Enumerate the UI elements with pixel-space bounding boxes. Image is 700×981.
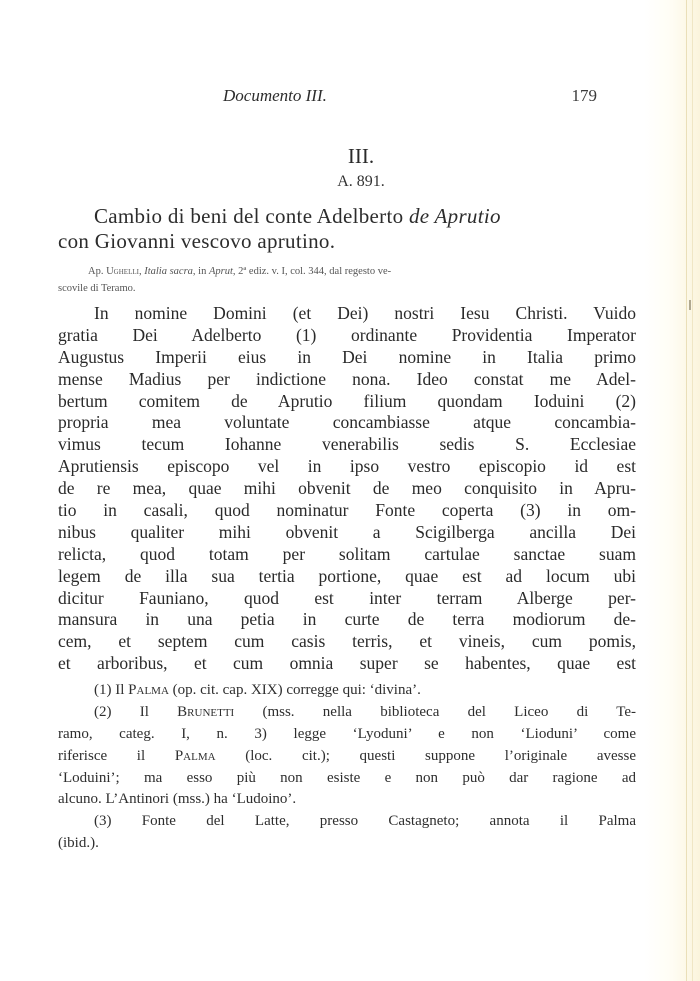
body-line: Augustus Imperii eius in Dei nomine in I…: [58, 347, 636, 369]
footnote-name: Brunetti: [177, 704, 234, 720]
source-work: Italia sacra: [144, 266, 193, 277]
document-title: Cambio di beni del conte Adelberto de Ap…: [58, 204, 638, 254]
body-line: et arboribus, et cum omnia super se habe…: [58, 653, 636, 675]
scanned-page: Documento III. 179 III. A. 891. Cambio d…: [0, 0, 700, 981]
footnote-2-line-3: riferisce il Palma (loc. cit.); questi s…: [58, 746, 636, 768]
footnote-name: Palma: [175, 748, 216, 764]
footnote-2-line-2: ramo, categ. I, n. 3) legge ‘Lyoduni’ e …: [58, 724, 636, 746]
body-line: propria mea voluntate concambiasse atque…: [58, 412, 636, 434]
body-line: de re mea, quae mihi obvenit de meo conq…: [58, 478, 636, 500]
footnote-2-line-1: (2) Il Brunetti (mss. nella biblioteca d…: [58, 702, 636, 724]
source-note: Ap. Ughelli, Italia sacra, in Aprut, 2ª …: [58, 263, 628, 297]
body-line: vimus tecum Iohanne venerabilis sedis S.…: [58, 434, 636, 456]
source-rest: , 2ª ediz. v. I, col. 344, dal regesto v…: [233, 266, 391, 277]
body-line: dicitur Fauniano, quod est inter terram …: [58, 588, 636, 610]
footnote-marker: (1) Il: [94, 682, 128, 698]
page-number: 179: [572, 86, 598, 106]
body-line: mense Madius per indictione nona. Ideo c…: [58, 369, 636, 391]
body-line: In nomine Domini (et Dei) nostri Iesu Ch…: [58, 303, 636, 325]
title-italic: de Aprutio: [409, 204, 501, 228]
source-note-line-1: Ap. Ughelli, Italia sacra, in Aprut, 2ª …: [58, 263, 628, 280]
running-title: Documento III.: [223, 86, 327, 106]
source-note-line-2: scovile di Teramo.: [58, 280, 628, 297]
source-author: Ughelli: [106, 266, 139, 277]
body-line: Aprutiensis episcopo vel in ipso vestro …: [58, 456, 636, 478]
body-line: nibus qualiter mihi obvenit a Scigilberg…: [58, 522, 636, 544]
source-mid: , in: [193, 266, 209, 277]
footnote-text: (op. cit. cap. XIX) corregge qui: ‘divin…: [169, 682, 421, 698]
body-line: tio in casali, quod nominatur Fonte cope…: [58, 500, 636, 522]
footnote-marker: (2) Il: [94, 704, 177, 720]
footnote-2-line-5: alcuno. L’Antinori (mss.) ha ‘Ludoino’.: [58, 789, 636, 811]
footnote-1: (1) Il Palma (op. cit. cap. XIX) corregg…: [58, 680, 636, 702]
body-line: mansura in una petia in curte de terra m…: [58, 609, 636, 631]
footnote-text: (mss. nella biblioteca del Liceo di Te-: [234, 704, 636, 720]
body-text: In nomine Domini (et Dei) nostri Iesu Ch…: [58, 303, 636, 675]
running-head: Documento III. 179: [223, 86, 613, 108]
body-line: cem, et septem cum casis terris, et vine…: [58, 631, 636, 653]
source-place: Aprut: [209, 266, 233, 277]
body-line: legem de illa sua tertia portione, quae …: [58, 566, 636, 588]
title-line-2: con Giovanni vescovo aprutino.: [58, 229, 638, 254]
body-line: gratia Dei Adelberto (1) ordinante Provi…: [58, 325, 636, 347]
source-prefix: Ap.: [88, 266, 106, 277]
title-line-1: Cambio di beni del conte Adelberto de Ap…: [58, 204, 638, 229]
footnote-2-line-4: ‘Loduini’; ma esso più non esiste e non …: [58, 768, 636, 790]
footnote-3-line-1: (3) Fonte del Latte, presso Castagneto; …: [58, 811, 636, 833]
document-number: III.: [0, 144, 700, 169]
gutter-speck: [689, 300, 691, 310]
body-line: bertum comitem de Aprutio filium quondam…: [58, 391, 636, 413]
title-roman: Cambio di beni del conte Adelberto: [94, 204, 409, 228]
footnote-text: (loc. cit.); questi suppone l’originale …: [216, 748, 636, 764]
footnotes: (1) Il Palma (op. cit. cap. XIX) corregg…: [58, 680, 636, 855]
footnote-name: Palma: [128, 682, 169, 698]
body-line: relicta, quod totam per solitam cartulae…: [58, 544, 636, 566]
document-year: A. 891.: [0, 173, 700, 191]
footnote-text: riferisce il: [58, 748, 175, 764]
footnote-3-line-2: (ibid.).: [58, 833, 636, 855]
